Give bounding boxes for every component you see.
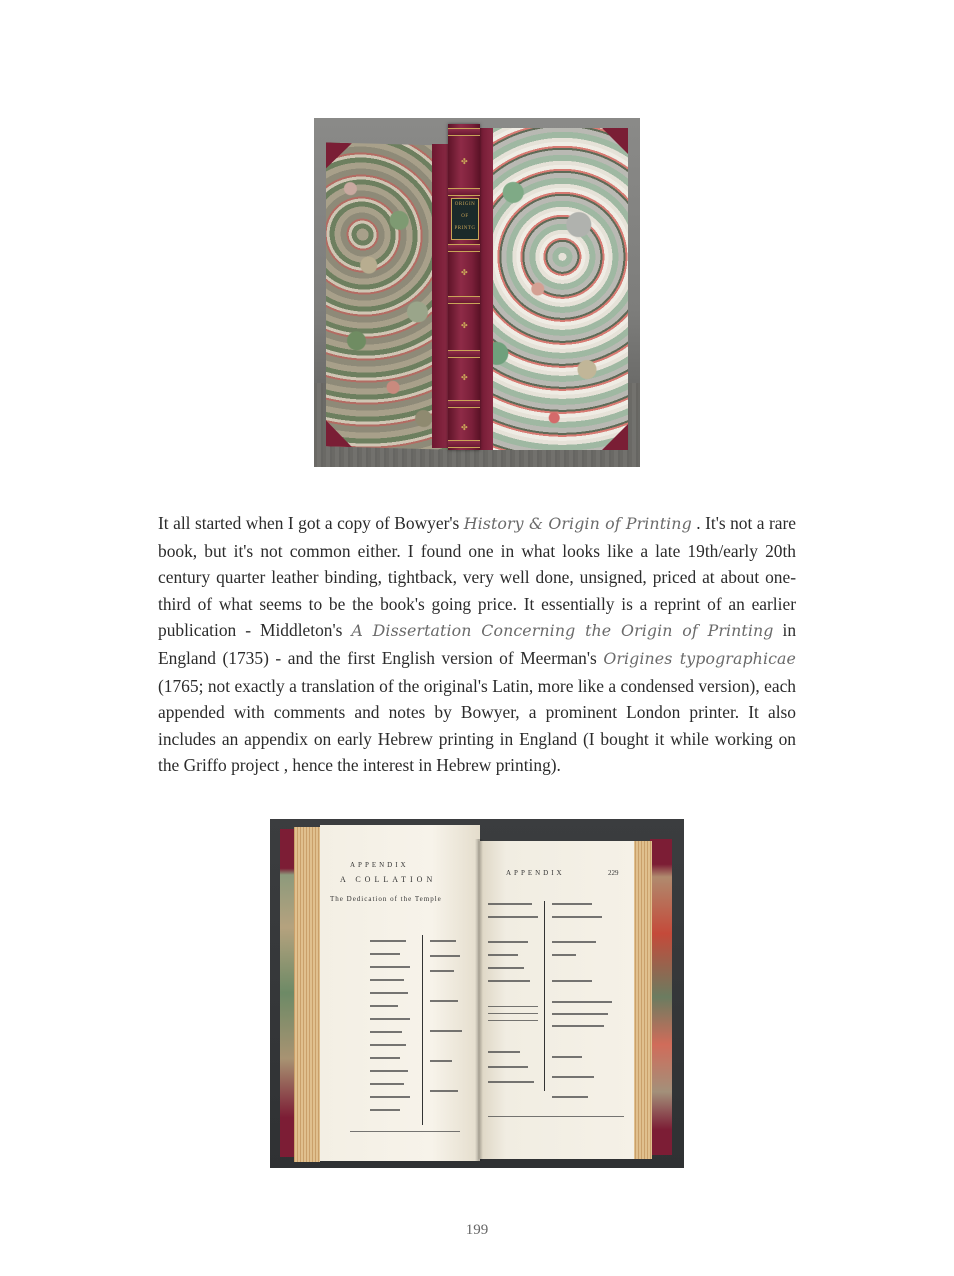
text-line [552, 903, 592, 905]
right-page-heading: APPENDIX [506, 869, 565, 877]
text-segment: (1765; not exactly a translation of the … [158, 676, 796, 776]
leather-hinge [432, 144, 448, 448]
text-line [488, 1013, 538, 1014]
right-book-page: APPENDIX 229 [478, 841, 634, 1159]
book-title-dissertation: A Dissertation Concerning the Origin of … [351, 621, 773, 640]
page-number: 199 [0, 1222, 954, 1239]
open-book-photo: APPENDIX A COLLATION The Dedication of t… [270, 819, 684, 1168]
column-rule [422, 935, 423, 1125]
text-line [430, 1000, 458, 1002]
book-title-origines-typographicae: Origines typographicae [603, 649, 796, 668]
leather-corner [602, 128, 628, 154]
fleuron-icon: ✤ [461, 269, 467, 277]
spine-label-line: PRINTG [452, 223, 478, 235]
left-page-subheading: A COLLATION [340, 875, 436, 884]
text-line [488, 980, 530, 982]
text-line [370, 1005, 398, 1007]
text-line [370, 1083, 404, 1085]
text-line [370, 1018, 410, 1020]
raised-band [448, 440, 480, 448]
document-page: ✤ ORIGIN OF PRINTG ✤ ✤ ✤ ✤ It all starte… [0, 0, 954, 1276]
text-line [488, 954, 518, 956]
text-line [488, 941, 528, 943]
right-cover-edge [650, 839, 672, 1155]
raised-band [448, 128, 480, 136]
text-line [430, 940, 456, 942]
raised-band [448, 188, 480, 196]
fleuron-icon: ✤ [461, 374, 467, 382]
text-line [370, 1044, 406, 1046]
spine-label-line: OF [452, 211, 478, 223]
raised-band [448, 244, 480, 252]
fleuron-icon: ✤ [461, 158, 467, 166]
text-line [430, 1090, 458, 1092]
right-page-number: 229 [608, 869, 619, 877]
leather-corner [326, 420, 352, 447]
text-segment: It all started when I got a copy of Bowy… [158, 513, 464, 533]
closed-book-photo: ✤ ORIGIN OF PRINTG ✤ ✤ ✤ ✤ [314, 118, 640, 467]
text-line [552, 954, 576, 956]
text-line [430, 955, 460, 957]
text-line [370, 1070, 408, 1072]
text-line [552, 980, 592, 982]
page-block-left [294, 827, 320, 1162]
text-line [488, 967, 524, 969]
text-line [430, 1030, 462, 1032]
text-line [370, 1031, 402, 1033]
text-line [552, 1025, 604, 1027]
text-line [552, 1076, 594, 1078]
text-line [430, 1060, 452, 1062]
left-book-page: APPENDIX A COLLATION The Dedication of t… [320, 825, 480, 1161]
footnote-line [488, 1116, 624, 1117]
raised-band [448, 296, 480, 304]
text-line [430, 970, 454, 972]
footnote-line [350, 1131, 460, 1132]
text-line [370, 940, 406, 942]
fleuron-icon: ✤ [461, 322, 467, 330]
book-title-history-origin-printing: History & Origin of Printing [464, 514, 692, 533]
marbled-front-board [326, 142, 448, 449]
text-line [488, 903, 532, 905]
fleuron-icon: ✤ [461, 424, 467, 432]
book-spine: ✤ ORIGIN OF PRINTG ✤ ✤ ✤ ✤ [448, 124, 480, 450]
text-line [552, 1056, 582, 1058]
leather-corner [326, 142, 352, 169]
text-line [552, 1001, 612, 1003]
body-paragraph: It all started when I got a copy of Bowy… [158, 510, 796, 779]
text-line [488, 1051, 520, 1053]
left-page-heading: APPENDIX [350, 861, 409, 869]
text-line [370, 1096, 410, 1098]
page-block-right [632, 841, 652, 1159]
text-line [552, 1096, 588, 1098]
text-line [370, 1109, 400, 1111]
book-gutter [475, 839, 483, 1161]
text-line [488, 1020, 538, 1021]
text-line [370, 953, 400, 955]
text-line [488, 1066, 528, 1068]
text-line [488, 1006, 538, 1007]
spine-label-line: ORIGIN [452, 199, 478, 211]
spine-title-label: ORIGIN OF PRINTG [451, 198, 479, 240]
text-line [370, 1057, 400, 1059]
text-line [370, 966, 410, 968]
raised-band [448, 400, 480, 408]
text-line [370, 979, 404, 981]
text-line [370, 992, 408, 994]
text-line [488, 916, 538, 918]
left-page-title: The Dedication of the Temple [330, 895, 442, 903]
text-line [552, 916, 602, 918]
text-line [552, 941, 596, 943]
text-line [488, 1081, 534, 1083]
column-rule [544, 901, 545, 1091]
text-line [552, 1013, 608, 1015]
leather-corner [602, 424, 628, 450]
raised-band [448, 350, 480, 358]
